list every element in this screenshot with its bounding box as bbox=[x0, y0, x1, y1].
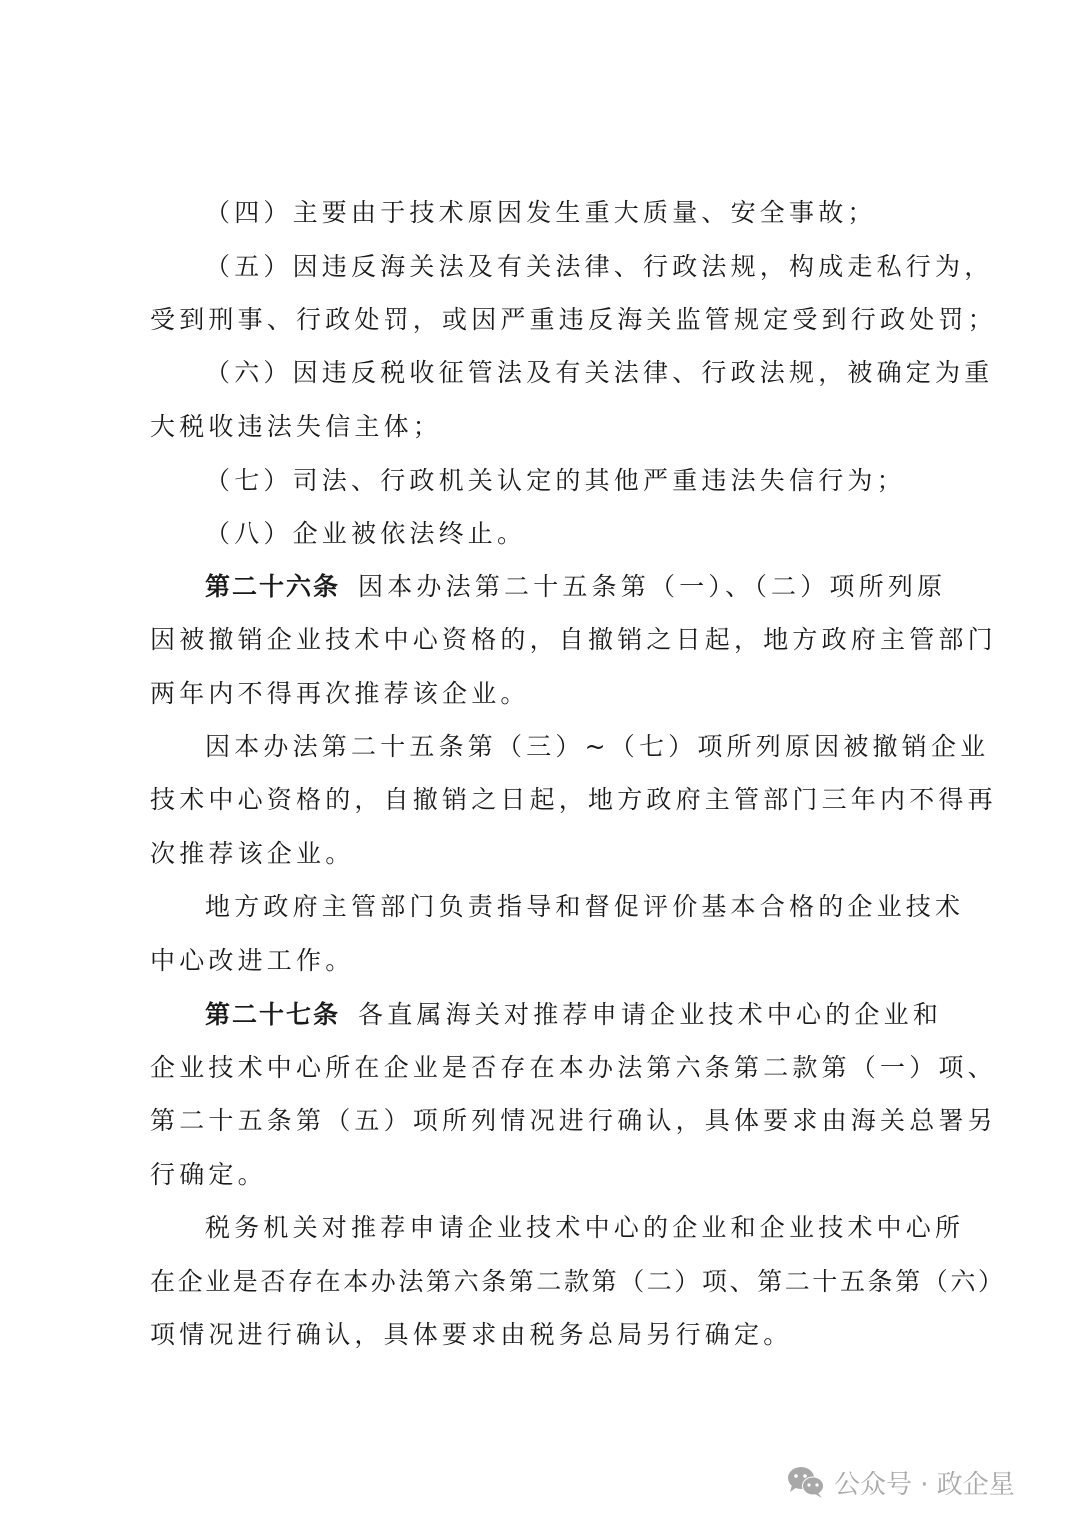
article-26-para2-line: 技术中心资格的，自撤销之日起，地方政府主管部门三年内不得再 bbox=[150, 773, 940, 827]
article-26-line: 两年内不得再次推荐该企业。 bbox=[150, 667, 940, 721]
article-26-first-line: 第二十六条因本办法第二十五条第（一）、（二）项所列原 bbox=[205, 560, 940, 614]
article-26-para2-line: 次推荐该企业。 bbox=[150, 827, 940, 881]
clause-6: （六）因违反税收征管法及有关法律、行政法规，被确定为重 bbox=[205, 346, 940, 400]
article-27-text: 各直属海关对推荐申请企业技术中心的企业和 bbox=[358, 1000, 942, 1029]
clause-5: （五）因违反海关法及有关法律、行政法规，构成走私行为， bbox=[205, 240, 940, 294]
article-26-para3-line: 地方政府主管部门负责指导和督促评价基本合格的企业技术 bbox=[205, 880, 940, 934]
watermark-text: 公众号 · 政企星 bbox=[834, 1464, 1015, 1501]
article-26-text: 因本办法第二十五条第（一）、（二）项所列原 bbox=[358, 572, 946, 601]
document-page: （四）主要由于技术原因发生重大质量、安全事故； （五）因违反海关法及有关法律、行… bbox=[0, 0, 1080, 1527]
article-27-first-line: 第二十七条各直属海关对推荐申请企业技术中心的企业和 bbox=[205, 988, 940, 1042]
article-27-line: 企业技术中心所在企业是否存在本办法第六条第二款第（一）项、 bbox=[150, 1041, 940, 1095]
article-26-para2-line: 因本办法第二十五条第（三）~（七）项所列原因被撤销企业 bbox=[205, 720, 940, 774]
clause-6-cont: 大税收违法失信主体； bbox=[150, 400, 940, 454]
article-26-line: 因被撤销企业技术中心资格的，自撤销之日起，地方政府主管部门 bbox=[150, 613, 940, 667]
article-27-para2-line: 项情况进行确认，具体要求由税务总局另行确定。 bbox=[150, 1308, 940, 1362]
article-27-heading: 第二十七条 bbox=[205, 1000, 340, 1029]
article-27-para2-line: 税务机关对推荐申请企业技术中心的企业和企业技术中心所 bbox=[205, 1201, 940, 1255]
clause-8: （八）企业被依法终止。 bbox=[205, 507, 940, 561]
clause-4: （四）主要由于技术原因发生重大质量、安全事故； bbox=[205, 186, 940, 240]
clause-7: （七）司法、行政机关认定的其他严重违法失信行为； bbox=[205, 454, 940, 508]
wechat-icon bbox=[786, 1465, 826, 1499]
article-27-para2-line: 在企业是否存在本办法第六条第二款第（二）项、第二十五条第（六） bbox=[150, 1255, 940, 1309]
clause-5-cont: 受到刑事、行政处罚，或因严重违反海关监管规定受到行政处罚； bbox=[150, 293, 940, 347]
article-27-line: 第二十五条第（五）项所列情况进行确认，具体要求由海关总署另 bbox=[150, 1094, 940, 1148]
article-26-heading: 第二十六条 bbox=[205, 572, 340, 601]
article-26-para3-line: 中心改进工作。 bbox=[150, 934, 940, 988]
watermark: 公众号 · 政企星 bbox=[786, 1462, 1015, 1502]
article-27-line: 行确定。 bbox=[150, 1148, 940, 1202]
